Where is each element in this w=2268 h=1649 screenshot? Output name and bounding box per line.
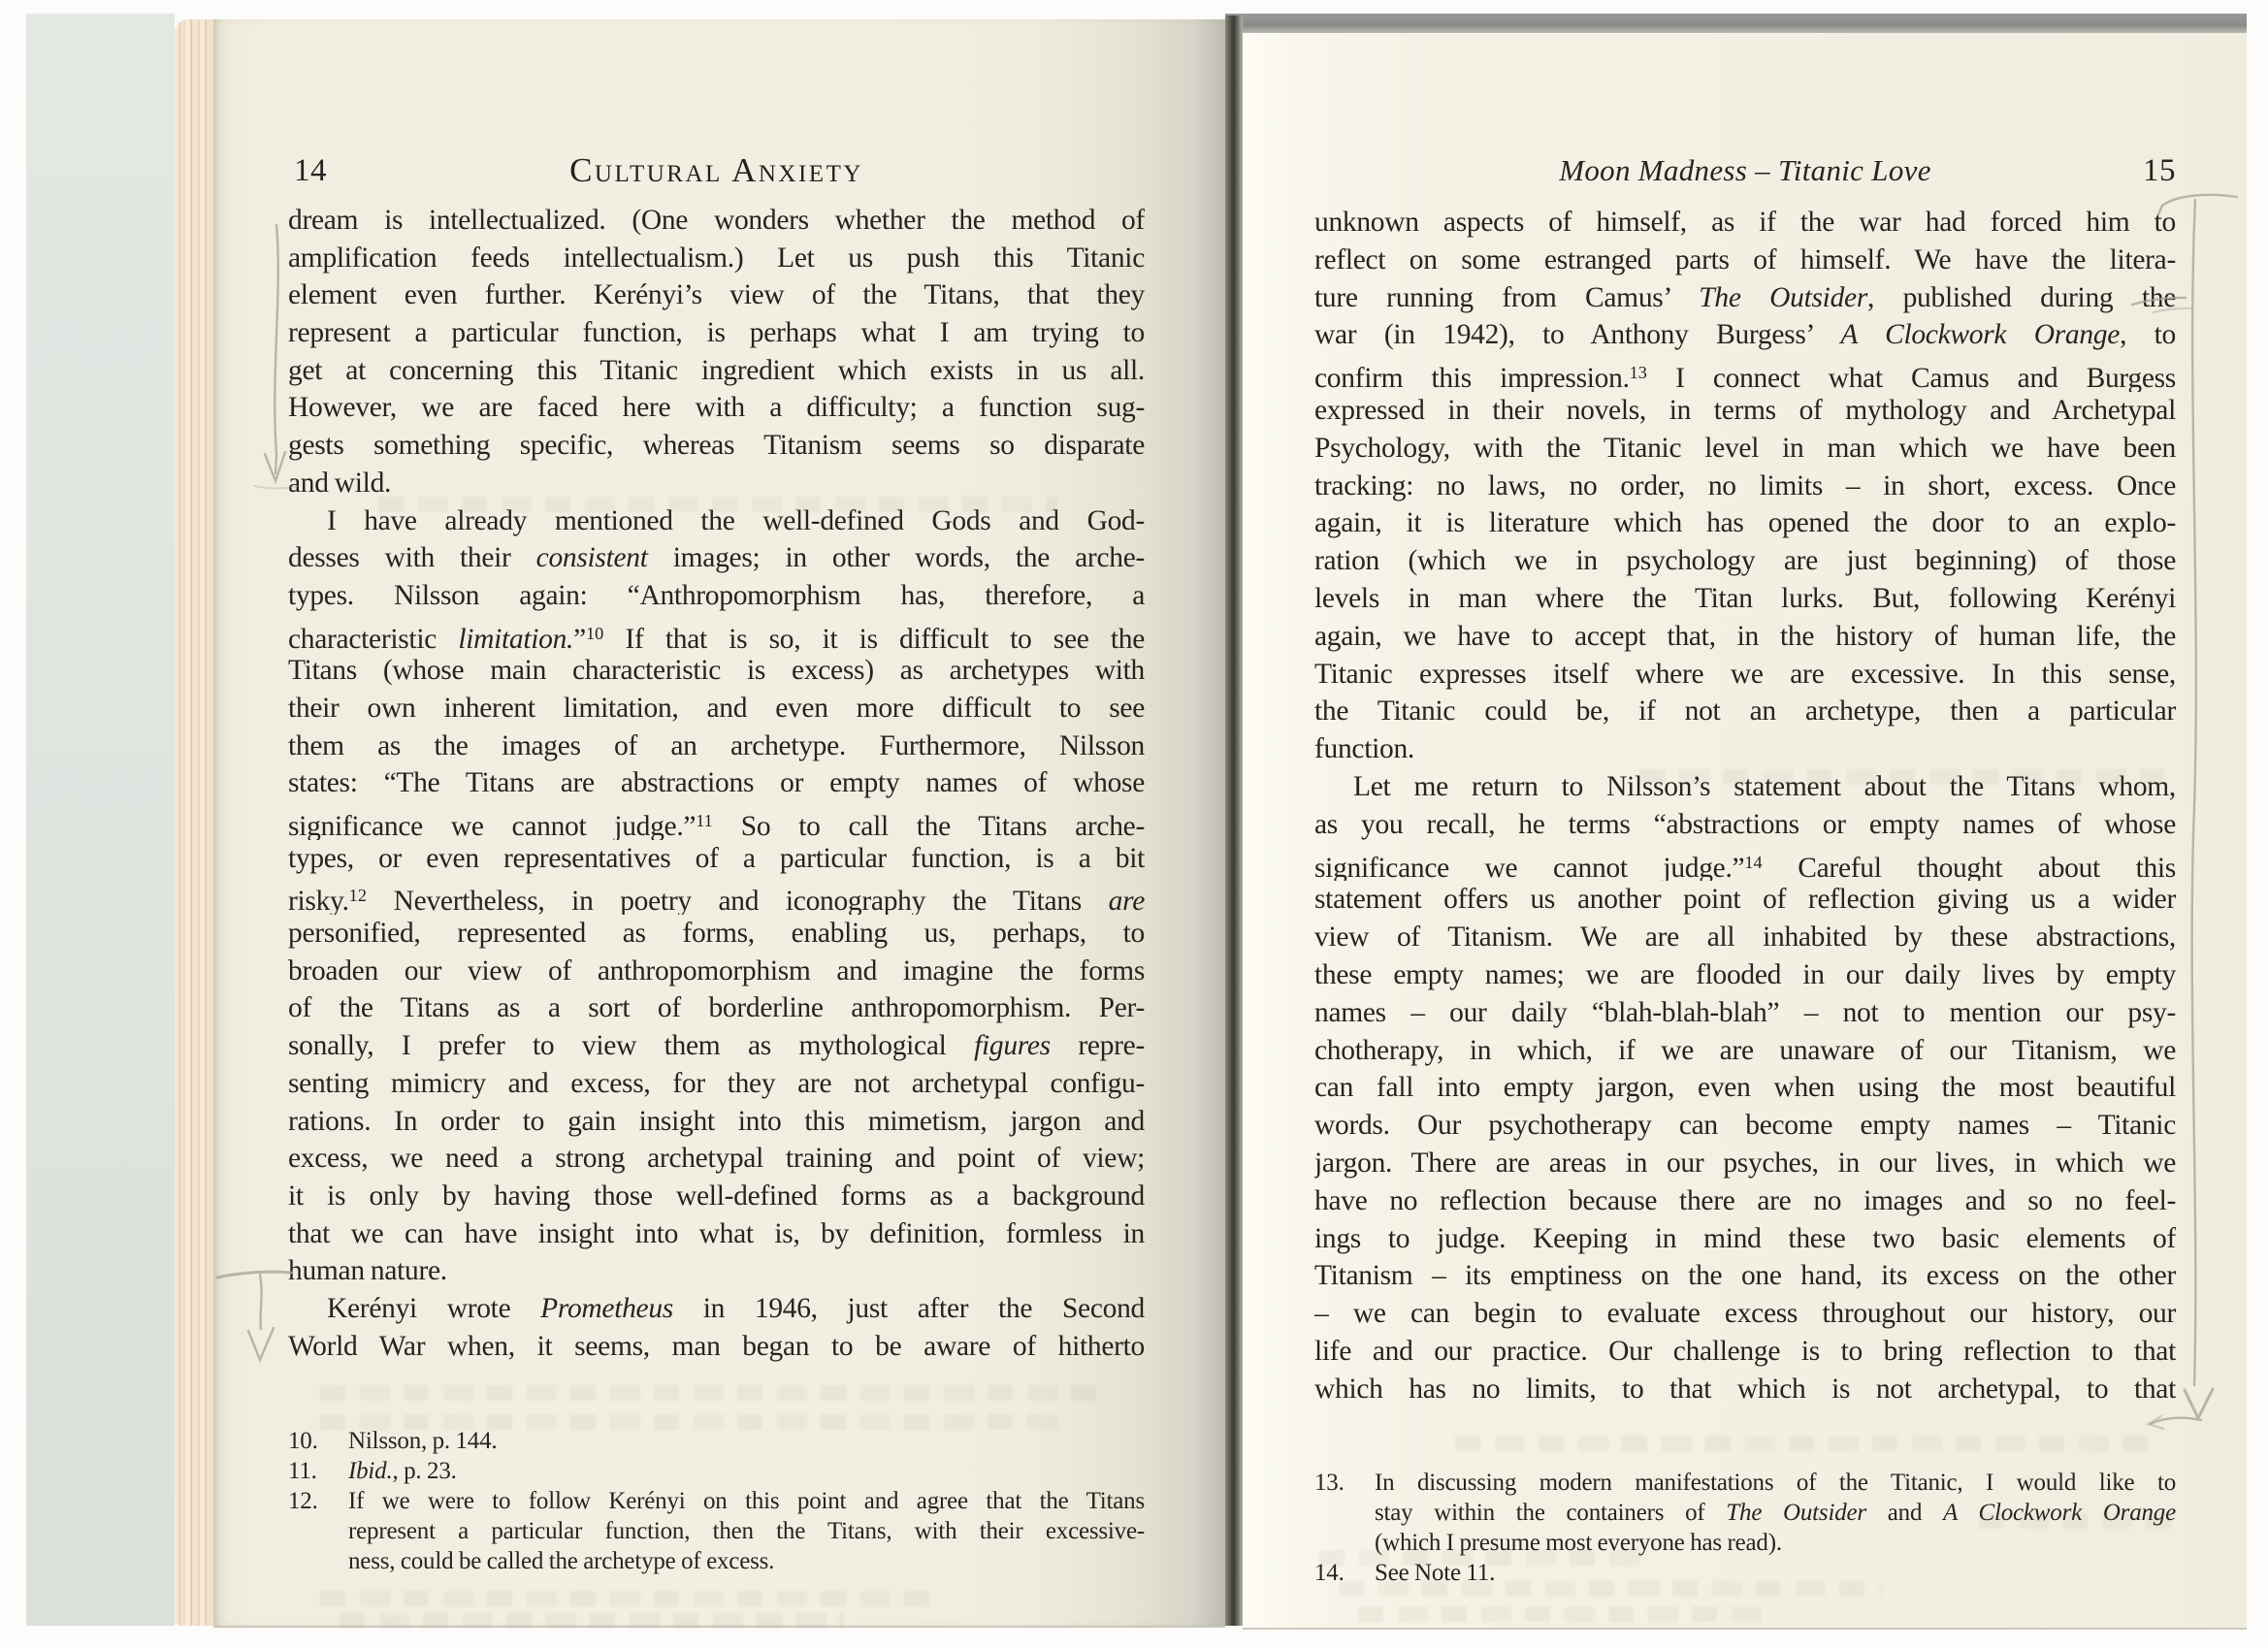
left-page-body: dream is intellectualized. (One wonders … xyxy=(288,202,1145,1365)
text-line: reflect on some estranged parts of himse… xyxy=(1314,242,2176,279)
text-segment: I connect what Camus and Burgess xyxy=(1647,363,2176,392)
text-line: gests something specific, whereas Titani… xyxy=(288,427,1145,465)
text-segment: them as the images of an archetype. Furt… xyxy=(288,730,1145,761)
text-line: statement offers us another point of ref… xyxy=(1314,881,2176,919)
text-line: names – our daily “blah-blah-blah” – not… xyxy=(1314,994,2176,1032)
text-line: significance we cannot judge.”11 So to c… xyxy=(288,802,1145,840)
text-segment: expressed in their novels, in terms of m… xyxy=(1314,395,2176,426)
text-line: view of Titanism. We are all inhabited b… xyxy=(1314,919,2176,956)
text-line: risky.12 Nevertheless, in poetry and ico… xyxy=(288,877,1145,915)
text-line: chotherapy, in which, if we are unaware … xyxy=(1314,1032,2176,1070)
text-line: dream is intellectualized. (One wonders … xyxy=(288,202,1145,240)
text-segment: as you recall, he terms “abstractions or… xyxy=(1314,809,2176,840)
text-line: World War when, it seems, man began to b… xyxy=(288,1328,1145,1366)
text-line: again, it is literature which has opened… xyxy=(1314,504,2176,542)
show-through-line xyxy=(1979,1513,2173,1529)
text-line: amplification feeds intellectualism.) Le… xyxy=(288,240,1145,277)
text-segment: chotherapy, in which, if we are unaware … xyxy=(1314,1035,2176,1066)
text-segment: , to xyxy=(2120,319,2176,350)
show-through-line xyxy=(320,1591,941,1606)
footnote-text: Ibid., p. 23. xyxy=(348,1456,1145,1486)
text-line: war (in 1942), to Anthony Burgess’ A Clo… xyxy=(1314,316,2176,354)
footnote-number: 11. xyxy=(288,1456,348,1486)
text-segment: and xyxy=(1866,1500,1943,1526)
text-line: senting mimicry and excess, for they are… xyxy=(288,1065,1145,1103)
text-line: words. Our psychotherapy can become empt… xyxy=(1314,1107,2176,1145)
text-segment: desses with their xyxy=(288,542,536,573)
footnote: 12.If we were to follow Kerényi on this … xyxy=(288,1486,1145,1576)
text-segment: element even further. Kerényi’s view of … xyxy=(288,279,1145,310)
text-line: ture running from Camus’ The Outsider, p… xyxy=(1314,279,2176,317)
text-segment: Titanic expresses itself where we are ex… xyxy=(1314,659,2176,690)
text-segment: have no reflection because there are no … xyxy=(1314,1185,2176,1216)
text-segment: If we were to follow Kerényi on this poi… xyxy=(348,1488,1145,1514)
text-segment: repre- xyxy=(1051,1030,1145,1061)
text-segment: levels in man where the Titan lurks. But… xyxy=(1314,583,2176,614)
text-segment: The Outsider xyxy=(1699,282,1867,313)
text-line: confirm this impression.13 I connect wha… xyxy=(1314,354,2176,392)
text-line: excess, we need a strong archetypal trai… xyxy=(288,1140,1145,1178)
text-line: function. xyxy=(1314,730,2176,768)
text-segment: World War when, it seems, man began to b… xyxy=(288,1331,1145,1362)
text-line: life and our practice. Our challenge is … xyxy=(1314,1333,2176,1371)
text-line: Titans (whose main characteristic is exc… xyxy=(288,652,1145,690)
text-segment: So to call the Titans arche- xyxy=(713,811,1145,840)
text-line: ings to judge. Keeping in mind these two… xyxy=(1314,1220,2176,1258)
text-line: represent a particular function, then th… xyxy=(348,1516,1145,1546)
text-segment: statement offers us another point of ref… xyxy=(1314,884,2176,915)
show-through-line xyxy=(1455,1436,2154,1451)
footnote-reference: 14 xyxy=(1744,853,1762,872)
text-segment: tracking: no laws, no order, no limits –… xyxy=(1314,470,2176,501)
text-line: broaden our view of anthropomorphism and… xyxy=(288,953,1145,990)
text-line: unknown aspects of himself, as if the wa… xyxy=(1314,204,2176,242)
text-segment: Titanism – its emptiness on the one hand… xyxy=(1314,1260,2176,1291)
text-segment: Kerényi wrote xyxy=(327,1293,540,1324)
page-edge-stack xyxy=(175,19,213,1626)
text-segment: unknown aspects of himself, as if the wa… xyxy=(1314,207,2176,238)
text-segment: get at concerning this Titanic ingredien… xyxy=(288,355,1145,386)
text-segment: characteristic xyxy=(288,624,458,653)
text-line: levels in man where the Titan lurks. But… xyxy=(1314,580,2176,618)
text-line: have no reflection because there are no … xyxy=(1314,1182,2176,1220)
show-through-line xyxy=(1639,769,2163,785)
text-line: the Titanic could be, if not an archetyp… xyxy=(1314,693,2176,730)
show-through-line xyxy=(1358,1606,1775,1622)
text-segment: human nature. xyxy=(288,1255,447,1286)
footnote-text: If we were to follow Kerényi on this poi… xyxy=(348,1486,1145,1576)
text-line: desses with their consistent images; in … xyxy=(288,539,1145,577)
text-line: ness, could be called the archetype of e… xyxy=(348,1546,1145,1576)
text-segment: personified, represented as forms, enabl… xyxy=(288,918,1145,949)
text-segment: function. xyxy=(1314,733,1414,764)
text-segment: significance we cannot judge.” xyxy=(288,811,696,840)
footnote-number: 12. xyxy=(288,1486,348,1576)
text-line: that we can have insight into what is, b… xyxy=(288,1215,1145,1253)
text-line: element even further. Kerényi’s view of … xyxy=(288,276,1145,314)
text-line: states: “The Titans are abstractions or … xyxy=(288,764,1145,802)
text-line: characteristic limitation.”10 If that is… xyxy=(288,615,1145,653)
footnote: 10.Nilsson, p. 144. xyxy=(288,1426,1145,1456)
text-segment: , published during the xyxy=(1867,282,2176,313)
text-line: their own inherent limitation, and even … xyxy=(288,690,1145,727)
text-segment: consistent xyxy=(536,542,648,573)
text-segment: rations. In order to gain insight into t… xyxy=(288,1106,1145,1137)
text-line: which has no limits, to that which is no… xyxy=(1314,1371,2176,1408)
text-segment: ings to judge. Keeping in mind these two… xyxy=(1314,1223,2176,1254)
text-segment: types. Nilsson again: “Anthropomorphism … xyxy=(288,580,1145,611)
text-segment: excess, we need a strong archetypal trai… xyxy=(288,1143,1145,1174)
footnote-reference: 10 xyxy=(586,624,603,643)
text-segment: In discussing modern manifestations of t… xyxy=(1375,1470,2176,1496)
text-segment: If that is so, it is difficult to see th… xyxy=(603,624,1145,653)
text-segment: stay within the containers of xyxy=(1375,1500,1726,1526)
text-line: it is only by having those well-defined … xyxy=(288,1178,1145,1215)
scanner-bed xyxy=(26,14,175,1626)
text-segment: represent a particular function, is perh… xyxy=(288,317,1145,348)
text-segment: again, it is literature which has opened… xyxy=(1314,507,2176,538)
show-through-line xyxy=(320,1414,1057,1430)
text-line: ration (which we in psychology are just … xyxy=(1314,542,2176,580)
scanned-book-spread: { "book": { "left_page": { "page_number"… xyxy=(0,0,2268,1649)
text-line: significance we cannot judge.”14 Careful… xyxy=(1314,844,2176,882)
text-segment: war (in 1942), to Anthony Burgess’ xyxy=(1314,319,1840,350)
text-segment: in 1946, just after the Second xyxy=(673,1293,1145,1324)
text-segment: gests something specific, whereas Titani… xyxy=(288,430,1145,461)
text-line: If we were to follow Kerényi on this poi… xyxy=(348,1486,1145,1516)
text-line: them as the images of an archetype. Furt… xyxy=(288,727,1145,765)
text-segment: these empty names; we are flooded in our… xyxy=(1314,959,2176,990)
text-segment: Nevertheless, in poetry and iconography … xyxy=(367,887,1109,916)
show-through-line xyxy=(1319,1550,1639,1566)
text-segment: ture running from Camus’ xyxy=(1314,282,1699,313)
text-segment: senting mimicry and excess, for they are… xyxy=(288,1068,1145,1099)
text-segment: view of Titanism. We are all inhabited b… xyxy=(1314,921,2176,953)
text-line: Titanic expresses itself where we are ex… xyxy=(1314,656,2176,694)
text-segment: – we can begin to evaluate excess throug… xyxy=(1314,1298,2176,1329)
text-line: again, we have to accept that, in the hi… xyxy=(1314,618,2176,656)
text-segment: reflect on some estranged parts of himse… xyxy=(1314,244,2176,275)
text-segment: ” xyxy=(573,624,586,653)
text-segment: the Titanic could be, if not an archetyp… xyxy=(1314,695,2176,727)
book-gutter xyxy=(1225,16,1243,1626)
footnote-reference: 11 xyxy=(696,811,713,830)
show-through-line xyxy=(340,1613,844,1629)
text-line: rations. In order to gain insight into t… xyxy=(288,1103,1145,1141)
text-line: types, or even representatives of a part… xyxy=(288,840,1145,878)
text-segment: ration (which we in psychology are just … xyxy=(1314,545,2176,576)
text-segment: broaden our view of anthropomorphism and… xyxy=(288,955,1145,986)
right-page-number: 15 xyxy=(1314,153,2176,189)
scanner-lid-strip xyxy=(1225,14,2247,33)
text-line: sonally, I prefer to view them as mythol… xyxy=(288,1027,1145,1065)
text-line: – we can begin to evaluate excess throug… xyxy=(1314,1295,2176,1333)
footnote-reference: 12 xyxy=(349,886,367,905)
right-page-body: unknown aspects of himself, as if the wa… xyxy=(1314,204,2176,1408)
text-segment: and wild. xyxy=(288,468,391,499)
text-segment: Titans (whose main characteristic is exc… xyxy=(288,655,1145,686)
text-segment: of the Titans as a sort of borderline an… xyxy=(288,992,1145,1023)
text-segment: , p. 23. xyxy=(393,1458,457,1484)
footnote-text: Nilsson, p. 144. xyxy=(348,1426,1145,1456)
text-segment: which has no limits, to that which is no… xyxy=(1314,1374,2176,1405)
text-segment: Careful thought about this xyxy=(1763,853,2176,882)
text-segment: ness, could be called the archetype of e… xyxy=(348,1548,774,1574)
text-segment: images; in other words, the arche- xyxy=(648,542,1145,573)
text-line: represent a particular function, is perh… xyxy=(288,314,1145,352)
text-segment: However, we are faced here with a diffic… xyxy=(288,392,1145,423)
text-line: tracking: no laws, no order, no limits –… xyxy=(1314,468,2176,505)
text-segment: that we can have insight into what is, b… xyxy=(288,1218,1145,1249)
text-line: jargon. There are areas in our psyches, … xyxy=(1314,1145,2176,1182)
text-line: of the Titans as a sort of borderline an… xyxy=(288,989,1145,1027)
text-segment: are xyxy=(1109,887,1145,916)
text-segment: Prometheus xyxy=(540,1293,673,1324)
text-segment: limitation. xyxy=(458,624,573,653)
footnote-reference: 13 xyxy=(1630,363,1647,382)
text-segment: states: “The Titans are abstractions or … xyxy=(288,767,1145,798)
text-line: get at concerning this Titanic ingredien… xyxy=(288,352,1145,390)
text-segment: names – our daily “blah-blah-blah” – not… xyxy=(1314,997,2176,1028)
show-through-line xyxy=(1339,1581,1882,1597)
text-segment: Psychology, with the Titanic level in ma… xyxy=(1314,433,2176,464)
text-line: these empty names; we are flooded in our… xyxy=(1314,956,2176,994)
text-line: Ibid., p. 23. xyxy=(348,1456,1145,1486)
text-line: types. Nilsson again: “Anthropomorphism … xyxy=(288,577,1145,615)
text-segment: it is only by having those well-defined … xyxy=(288,1180,1145,1212)
text-segment: can fall into empty jargon, even when us… xyxy=(1314,1072,2176,1103)
text-line: human nature. xyxy=(288,1252,1145,1290)
text-segment: types, or even representatives of a part… xyxy=(288,843,1145,874)
show-through-line xyxy=(378,497,1057,512)
text-segment: life and our practice. Our challenge is … xyxy=(1314,1336,2176,1367)
text-segment: significance we cannot judge.” xyxy=(1314,853,1744,882)
text-segment: figures xyxy=(974,1030,1051,1061)
text-segment: The Outsider xyxy=(1726,1500,1866,1526)
left-running-header: Cultural Anxiety xyxy=(288,151,1145,190)
text-segment: their own inherent limitation, and even … xyxy=(288,693,1145,724)
text-segment: Ibid. xyxy=(348,1458,393,1484)
footnote-number: 13. xyxy=(1314,1468,1375,1558)
text-line: personified, represented as forms, enabl… xyxy=(288,915,1145,953)
text-line: However, we are faced here with a diffic… xyxy=(288,389,1145,427)
left-page-footnotes: 10.Nilsson, p. 144.11.Ibid., p. 23.12.If… xyxy=(288,1426,1145,1576)
text-line: Titanism – its emptiness on the one hand… xyxy=(1314,1257,2176,1295)
text-segment: sonally, I prefer to view them as mythol… xyxy=(288,1030,974,1061)
text-line: Psychology, with the Titanic level in ma… xyxy=(1314,430,2176,468)
text-segment: dream is intellectualized. (One wonders … xyxy=(288,205,1145,236)
text-line: Nilsson, p. 144. xyxy=(348,1426,1145,1456)
text-segment: words. Our psychotherapy can become empt… xyxy=(1314,1110,2176,1141)
text-line: as you recall, he terms “abstractions or… xyxy=(1314,806,2176,844)
text-segment: represent a particular function, then th… xyxy=(348,1518,1145,1544)
text-segment: risky. xyxy=(288,887,349,916)
text-segment: A Clockwork Orange xyxy=(1840,319,2120,350)
footnote-number: 10. xyxy=(288,1426,348,1456)
text-segment: Nilsson, p. 144. xyxy=(348,1428,497,1454)
text-line: can fall into empty jargon, even when us… xyxy=(1314,1069,2176,1107)
text-line: In discussing modern manifestations of t… xyxy=(1375,1468,2176,1498)
text-segment: again, we have to accept that, in the hi… xyxy=(1314,621,2176,652)
text-segment: jargon. There are areas in our psyches, … xyxy=(1314,1148,2176,1179)
show-through-line xyxy=(320,1385,1096,1401)
text-line: Kerényi wrote Prometheus in 1946, just a… xyxy=(288,1290,1145,1328)
text-segment: confirm this impression. xyxy=(1314,363,1630,392)
text-segment: amplification feeds intellectualism.) Le… xyxy=(288,242,1145,274)
text-line: expressed in their novels, in terms of m… xyxy=(1314,392,2176,430)
footnote: 11.Ibid., p. 23. xyxy=(288,1456,1145,1486)
